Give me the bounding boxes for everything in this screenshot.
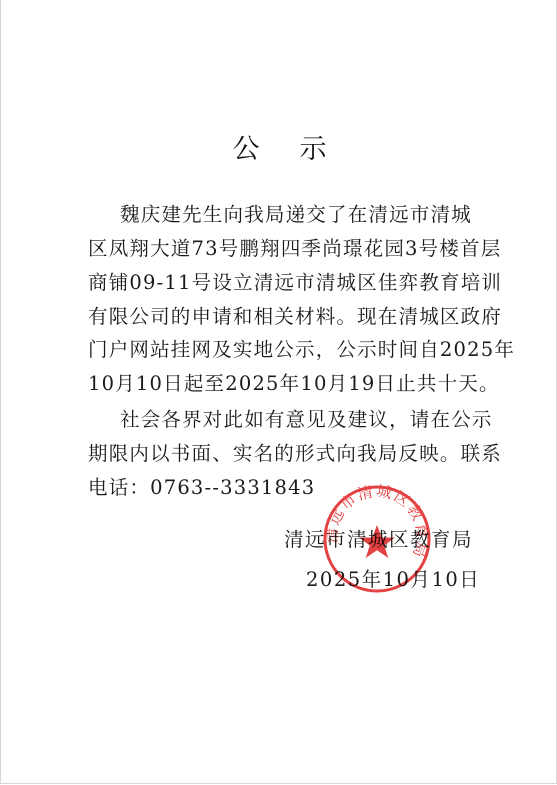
document-title: 公示: [1, 127, 557, 166]
paragraph2-line-1: 社会各界对此如有意见及建议，请在公示: [120, 408, 493, 432]
star-icon: [359, 525, 395, 558]
paragraph2-line-2: 期限内以书面、实名的形式向我局反映。联系: [88, 442, 502, 466]
official-seal-stamp: 清远市清城区教育局: [321, 483, 433, 595]
paragraph1-line-4: 有限公司的申请和相关材料。现在清城区政府: [88, 305, 502, 329]
paragraph2-line-3: 电话：0763--3331843: [88, 476, 315, 500]
paragraph1-line-1: 魏庆建先生向我局递交了在清远市清城: [120, 203, 472, 227]
paragraph1-line-3: 商铺09-11号设立清远市清城区佳弈教育培训: [88, 271, 502, 295]
paragraph1-line-6: 10月10日起至2025年10月19日止共十天。: [88, 372, 500, 396]
document-page: 公示 魏庆建先生向我局递交了在清远市清城 区凤翔大道73号鹏翔四季尚璟花园3号楼…: [0, 0, 557, 784]
paragraph1-line-2: 区凤翔大道73号鹏翔四季尚璟花园3号楼首层: [88, 237, 501, 261]
paragraph1-line-5: 门户网站挂网及实地公示，公示时间自2025年: [88, 338, 515, 362]
